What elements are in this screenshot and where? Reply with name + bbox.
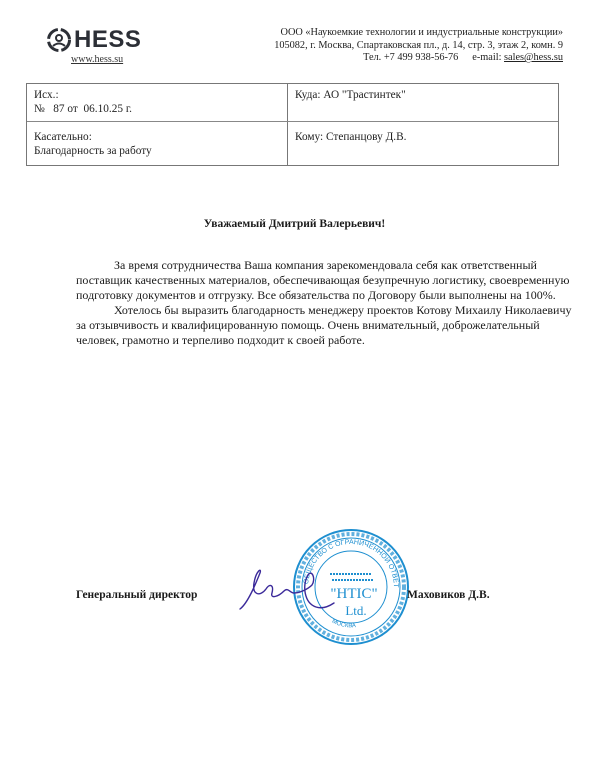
recipient-org: Куда: АО "Трастинтек" bbox=[295, 88, 406, 102]
subject-text: Благодарность за работу bbox=[34, 144, 152, 158]
paragraph-line: подготовку документов и отгрузку. Все об… bbox=[76, 288, 566, 303]
paragraph-line: за отзывчивость и квалифицированную помо… bbox=[76, 318, 566, 333]
paragraph-line: поставщик качественных материалов, обесп… bbox=[76, 273, 566, 288]
outgoing-label: Исх.: bbox=[34, 88, 132, 102]
recipient-person-cell: Кому: Степанцову Д.В. bbox=[295, 130, 406, 144]
company-info: ООО «Наукоемкие технологии и индустриаль… bbox=[274, 27, 563, 65]
outgoing-number: № 87 от 06.10.25 г. bbox=[34, 102, 132, 116]
letter-meta-table: Исх.: № 87 от 06.10.25 г. Куда: АО "Трас… bbox=[26, 83, 559, 166]
salutation: Уважаемый Дмитрий Валерьевич! bbox=[0, 218, 589, 230]
signatory-title: Генеральный директор bbox=[76, 589, 197, 601]
paragraph-line: За время сотрудничества Ваша компания за… bbox=[76, 258, 566, 273]
signatory-name: Маховиков Д.В. bbox=[407, 589, 490, 601]
recipient-person: Кому: Степанцову Д.В. bbox=[295, 130, 406, 144]
subject-cell: Касательно: Благодарность за работу bbox=[34, 130, 152, 158]
paragraph-2: Хотелось бы выразить благодарность менед… bbox=[76, 303, 566, 348]
email-link[interactable]: sales@hess.su bbox=[504, 52, 563, 63]
company-name: ООО «Наукоемкие технологии и индустриаль… bbox=[274, 27, 563, 40]
outgoing-cell: Исх.: № 87 от 06.10.25 г. bbox=[34, 88, 132, 116]
svg-text:МОСКВА: МОСКВА bbox=[331, 619, 356, 630]
hess-logo-icon bbox=[46, 27, 72, 53]
logo-text: HESS bbox=[74, 27, 141, 53]
subject-label: Касательно: bbox=[34, 130, 152, 144]
company-phone: Тел. +7 499 938-56-76 bbox=[363, 52, 458, 63]
stamp-suffix: Ltd. bbox=[345, 603, 366, 618]
email-label: e-mail: bbox=[472, 52, 501, 63]
company-logo: HESS bbox=[46, 27, 141, 53]
handwritten-signature-icon bbox=[238, 563, 348, 613]
stamp-city: МОСКВА bbox=[331, 619, 356, 630]
website-link[interactable]: www.hess.su bbox=[71, 54, 123, 65]
paragraph-1: За время сотрудничества Ваша компания за… bbox=[76, 258, 566, 303]
paragraph-line: человек, грамотно и терпеливо подходит к… bbox=[76, 333, 566, 348]
recipient-org-cell: Куда: АО "Трастинтек" bbox=[295, 88, 406, 102]
table-divider-vertical bbox=[287, 84, 288, 165]
table-divider-horizontal bbox=[27, 121, 558, 122]
company-address: 105082, г. Москва, Спартаковская пл., д.… bbox=[274, 40, 563, 53]
paragraph-line: Хотелось бы выразить благодарность менед… bbox=[76, 303, 566, 318]
